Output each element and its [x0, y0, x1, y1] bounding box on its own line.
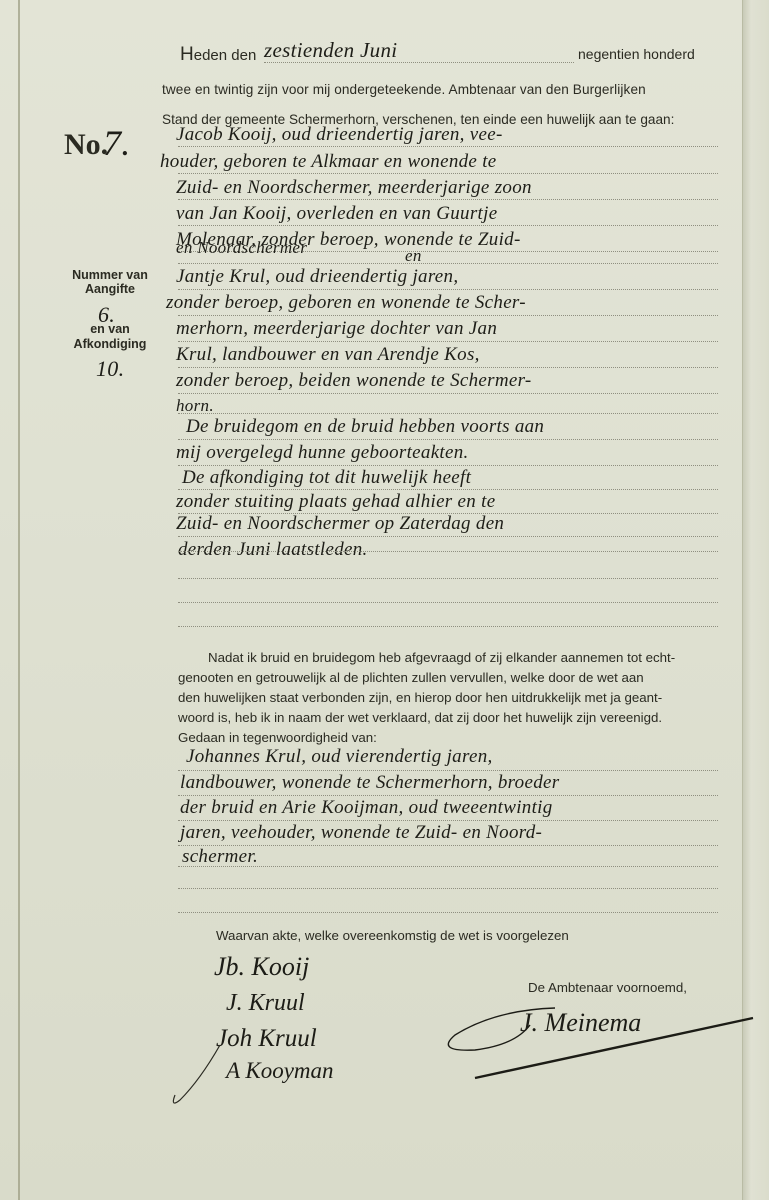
aangifte-label: Nummer van Aangifte — [60, 268, 160, 296]
afkondiging-label-line-2: Afkondiging — [60, 337, 160, 352]
date-handwritten: zestienden Juni — [264, 38, 397, 63]
witnesses-line-1: Johannes Krul, oud vierendertig jaren, — [186, 746, 493, 768]
rule-line — [178, 602, 718, 603]
record-number-value: 7. — [103, 122, 131, 164]
header-line-2: twee en twintig zijn voor mij ondergetee… — [162, 82, 646, 97]
binding-edge-left — [18, 0, 20, 1200]
aangifte-label-line-2: Aangifte — [60, 282, 160, 296]
intro-prefix: HHeden deneden den — [180, 44, 256, 66]
declaration-line-5: Gedaan in tegenwoordigheid van: — [178, 730, 377, 745]
rule-line — [178, 770, 718, 771]
witnesses-line-4: jaren, veehouder, wonende te Zuid- en No… — [180, 822, 542, 844]
groom-line-2: houder, geboren te Alkmaar en wonende te — [160, 151, 497, 173]
aangifte-label-line-1: Nummer van — [60, 268, 160, 282]
rule-line — [178, 888, 718, 889]
rule-line — [178, 866, 718, 867]
rule-line — [178, 912, 718, 913]
intro-suffix: negentien honderd — [578, 46, 695, 62]
groom-line-3: Zuid- en Noordschermer, meerderjarige zo… — [176, 177, 532, 199]
groom-line-4: van Jan Kooij, overleden en van Guurtje — [176, 203, 497, 225]
rule-line — [178, 551, 718, 552]
bride-line-2: zonder beroep, geboren en wonende te Sch… — [166, 292, 526, 314]
groom-line-1: Jacob Kooij, oud drieendertig jaren, vee… — [176, 124, 503, 146]
rule-line — [178, 578, 718, 579]
remarks-line-5: Zuid- en Noordschermer op Zaterdag den — [176, 513, 504, 535]
rule-line — [178, 413, 718, 414]
bride-line-5: zonder beroep, beiden wonende te Scherme… — [176, 370, 532, 392]
rule-line — [178, 820, 718, 821]
bride-line-1: Jantje Krul, oud drieendertig jaren, — [176, 266, 458, 288]
document-page: HHeden deneden den zestienden Juni negen… — [0, 0, 769, 1200]
afkondiging-label: en van Afkondiging — [60, 322, 160, 352]
rule-line — [178, 341, 718, 342]
rule-line — [178, 263, 718, 264]
rule-line — [178, 289, 718, 290]
signature-groom: Jb. Kooij — [214, 952, 309, 982]
rule-line — [178, 173, 718, 174]
witnesses-line-5: schermer. — [182, 846, 258, 868]
rule-line — [178, 225, 718, 226]
declaration-line-2: genooten en getrouwelijk al de plichten … — [178, 670, 644, 685]
official-label: De Ambtenaar voornoemd, — [528, 980, 687, 995]
date-line — [264, 62, 574, 63]
witnesses-line-2: landbouwer, wonende te Schermerhorn, bro… — [180, 772, 559, 794]
rule-line — [178, 146, 718, 147]
remarks-line-2: mij overgelegd hunne geboorteakten. — [176, 442, 469, 464]
bride-line-4: Krul, landbouwer en van Arendje Kos, — [176, 344, 480, 366]
rule-line — [178, 795, 718, 796]
declaration-line-3: den huwelijken staat verbonden zijn, en … — [178, 690, 662, 705]
signature-bride: J. Kruul — [226, 990, 305, 1017]
remarks-line-1: De bruidegom en de bruid hebben voorts a… — [186, 416, 544, 438]
rule-line — [178, 465, 718, 466]
bride-line-3: merhorn, meerderjarige dochter van Jan — [176, 318, 497, 340]
afkondiging-label-line-1: en van — [60, 322, 160, 337]
rule-line — [178, 489, 718, 490]
remarks-line-6: derden Juni laatstleden. — [178, 539, 368, 561]
record-number-label: No. — [64, 128, 108, 162]
signature-witness-2: A Kooyman — [226, 1058, 334, 1084]
rule-line — [178, 845, 718, 846]
signature-witness-1: Joh Kruul — [216, 1025, 317, 1053]
groom-line-6: en Noordschermer — [176, 238, 307, 258]
declaration-line-4: woord is, heb ik in naam der wet verklaa… — [178, 710, 662, 725]
rule-line — [178, 199, 718, 200]
rule-line — [178, 315, 718, 316]
afkondiging-value: 10. — [96, 356, 124, 382]
rule-line — [178, 393, 718, 394]
signature-flourish-icon — [160, 1040, 230, 1110]
declaration-line-1: Nadat ik bruid en bruidegom heb afgevraa… — [208, 650, 675, 665]
rule-line — [178, 367, 718, 368]
rule-line — [178, 439, 718, 440]
remarks-line-3: De afkondiging tot dit huwelijk heeft — [182, 467, 471, 489]
witnesses-line-3: der bruid en Arie Kooijman, oud tweeentw… — [180, 797, 553, 819]
signature-official-flourish-icon — [435, 1000, 755, 1080]
closing-text: Waarvan akte, welke overeenkomstig de we… — [216, 928, 569, 943]
rule-line — [178, 536, 718, 537]
rule-line — [178, 626, 718, 627]
remarks-line-4: zonder stuiting plaats gehad alhier en t… — [176, 491, 495, 513]
